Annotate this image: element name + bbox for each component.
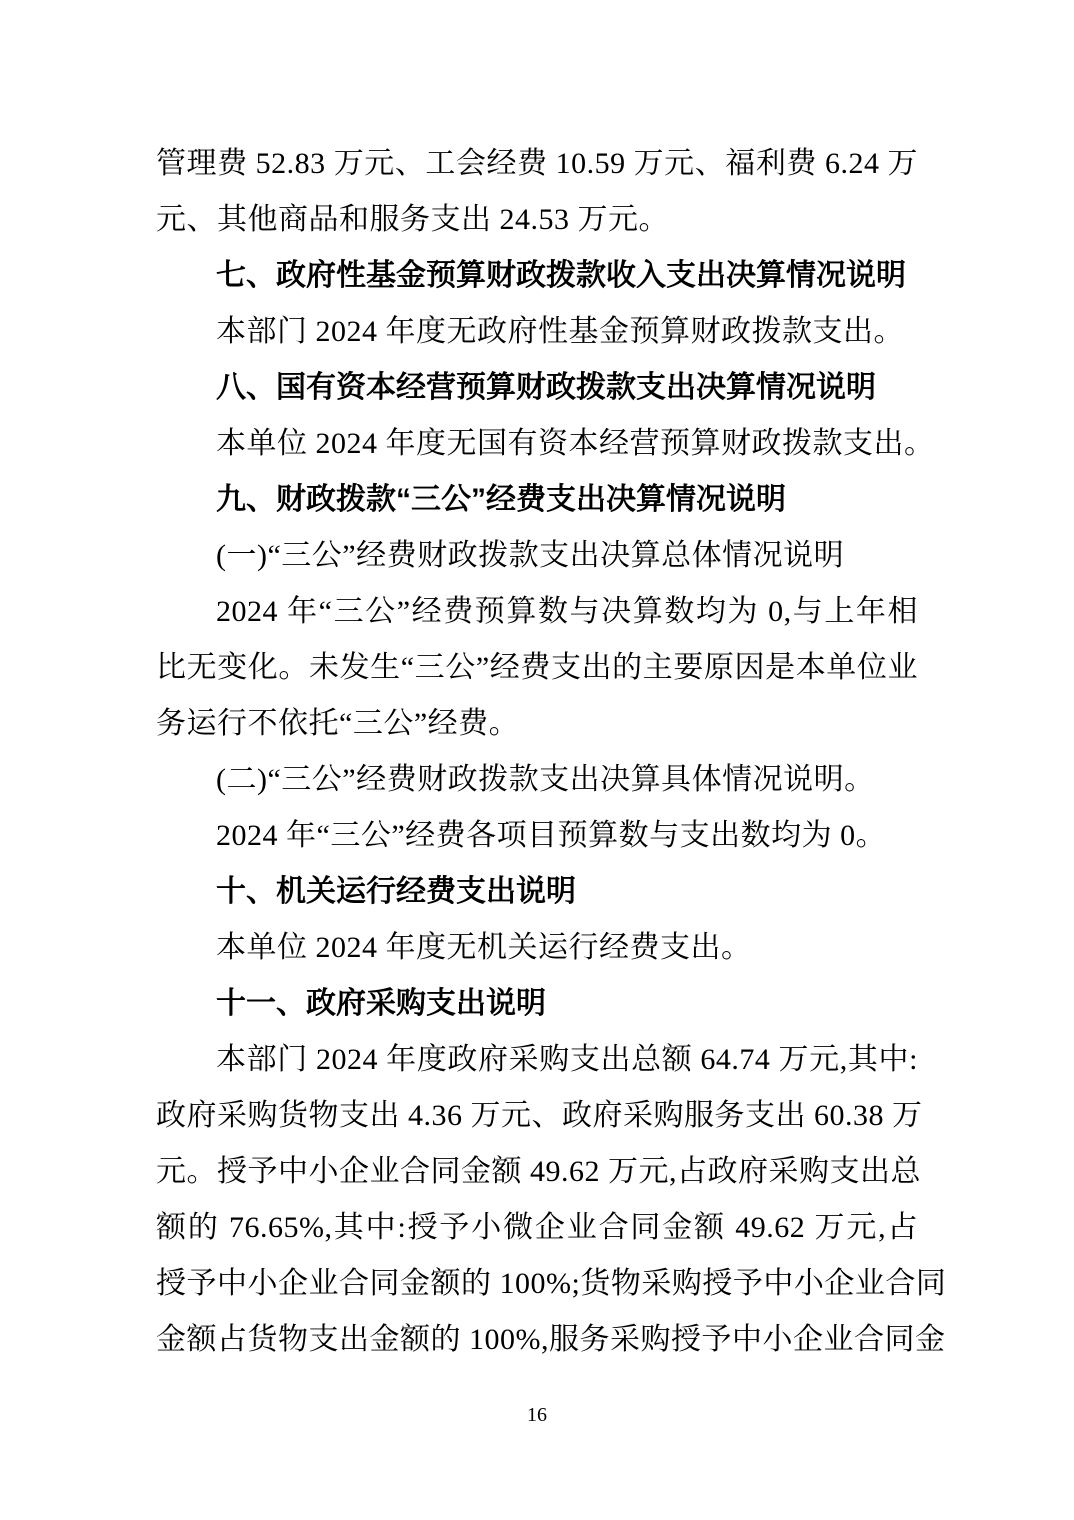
- page-number: 16: [527, 1404, 547, 1426]
- text-line: 本单位 2024 年度无国有资本经营预算财政拨款支出。: [156, 416, 918, 472]
- text-line: 本单位 2024 年度无机关运行经费支出。: [156, 920, 918, 976]
- section-heading: 七、政府性基金预算财政拨款收入支出决算情况说明: [156, 248, 918, 304]
- text-line: 本部门 2024 年度政府采购支出总额 64.74 万元,其中:: [156, 1032, 918, 1088]
- text-line: 政府采购货物支出 4.36 万元、政府采购服务支出 60.38 万: [156, 1088, 918, 1144]
- text-line: 管理费 52.83 万元、工会经费 10.59 万元、福利费 6.24 万: [156, 136, 918, 192]
- text-line: (一)“三公”经费财政拨款支出决算总体情况说明: [156, 528, 918, 584]
- section-heading: 十、机关运行经费支出说明: [156, 864, 918, 920]
- text-line: 比无变化。未发生“三公”经费支出的主要原因是本单位业: [156, 640, 918, 696]
- text-line: 2024 年“三公”经费各项目预算数与支出数均为 0。: [156, 808, 918, 864]
- text-line: (二)“三公”经费财政拨款支出决算具体情况说明。: [156, 752, 918, 808]
- text-line: 元、其他商品和服务支出 24.53 万元。: [156, 192, 918, 248]
- text-line: 金额占货物支出金额的 100%,服务采购授予中小企业合同金: [156, 1312, 918, 1368]
- text-line: 2024 年“三公”经费预算数与决算数均为 0,与上年相: [156, 584, 918, 640]
- text-line: 授予中小企业合同金额的 100%;货物采购授予中小企业合同: [156, 1256, 918, 1312]
- text-line: 本部门 2024 年度无政府性基金预算财政拨款支出。: [156, 304, 918, 360]
- section-heading: 八、国有资本经营预算财政拨款支出决算情况说明: [156, 360, 918, 416]
- document-page: 管理费 52.83 万元、工会经费 10.59 万元、福利费 6.24 万元、其…: [0, 0, 1074, 1520]
- section-heading: 十一、政府采购支出说明: [156, 976, 918, 1032]
- text-line: 元。授予中小企业合同金额 49.62 万元,占政府采购支出总: [156, 1144, 918, 1200]
- document-body: 管理费 52.83 万元、工会经费 10.59 万元、福利费 6.24 万元、其…: [156, 136, 918, 1368]
- section-heading: 九、财政拨款“三公”经费支出决算情况说明: [156, 472, 918, 528]
- text-line: 额的 76.65%,其中:授予小微企业合同金额 49.62 万元,占: [156, 1200, 918, 1256]
- text-line: 务运行不依托“三公”经费。: [156, 696, 918, 752]
- page-footer: 16: [0, 1404, 1074, 1427]
